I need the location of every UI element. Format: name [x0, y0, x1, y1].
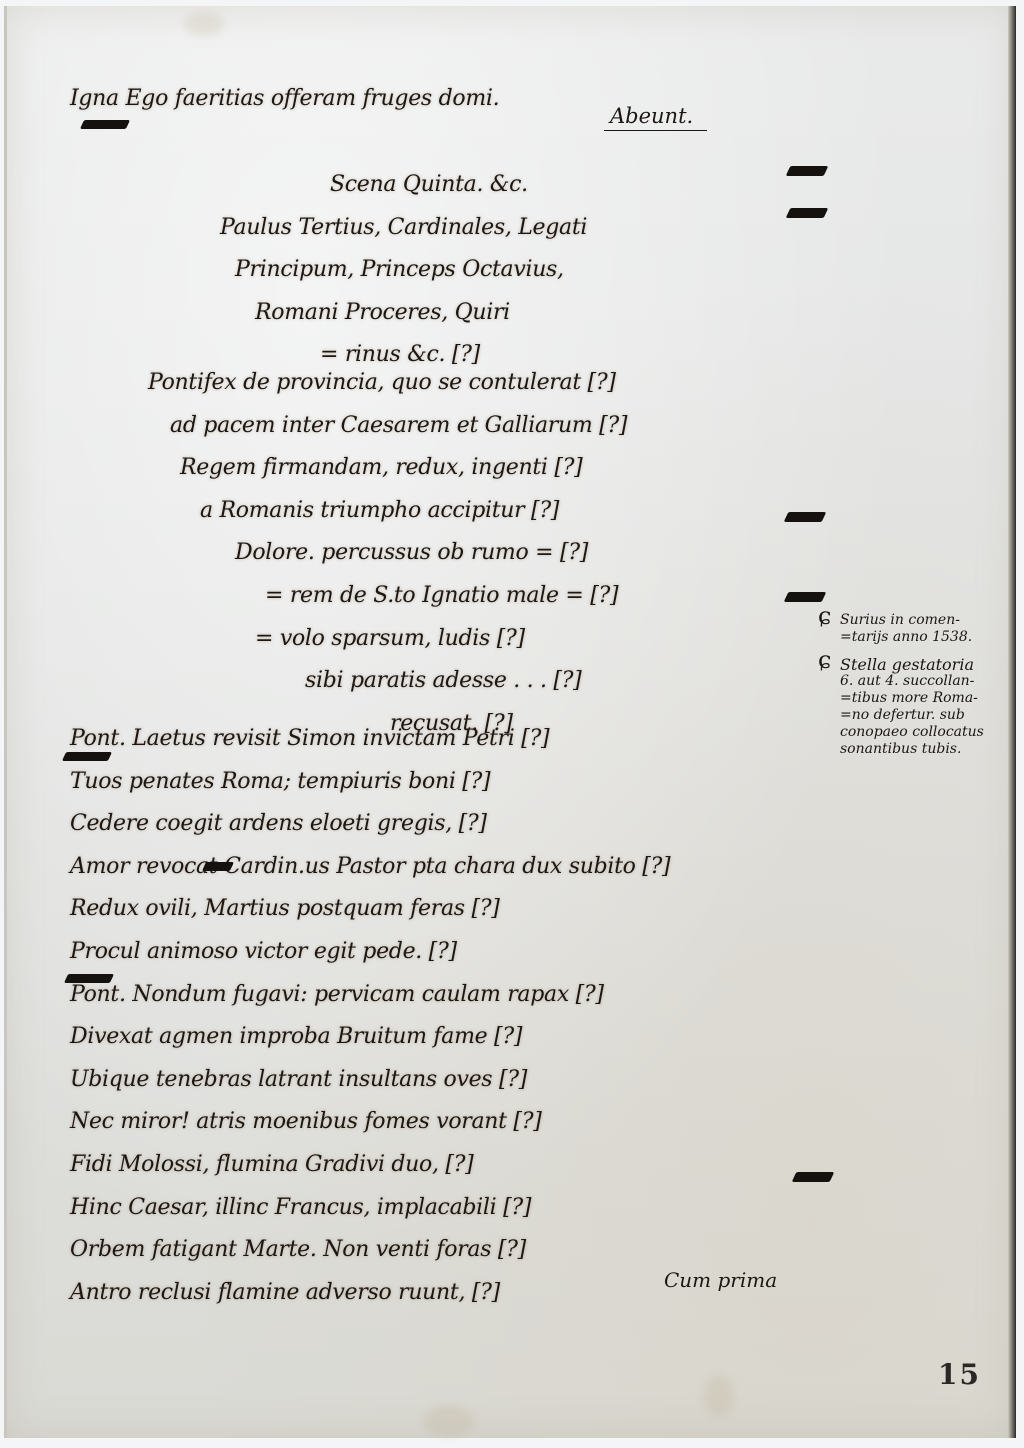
dialogue-line: Cedere coegit ardens eloeti gregis, [?] [64, 809, 834, 852]
dialogue-line: Pont. Laetus revisit Simon invictam Petr… [64, 724, 834, 767]
cast-line-text: Paulus Tertius, Cardinales, Legati [214, 213, 593, 242]
marginal-note-line: =no defertur. sub [840, 707, 1022, 724]
bleed-through-mark [784, 512, 827, 522]
dialogue-block: Pont. Laetus revisit Simon invictam Petr… [64, 724, 834, 1320]
dialogue-line: Amor revocat Cardin.us Pastor pta chara … [64, 852, 834, 895]
marginal-note-gloss: Stella gestatoria 6. aut 4. succollan- =… [840, 656, 1022, 758]
scene-title-text: Scena Quinta. &c. [324, 170, 534, 199]
foxing-stain [704, 1376, 734, 1416]
verse-text: Nec miror! atris moenibus fomes vorant [… [64, 1107, 547, 1136]
speaker-underline-mark [202, 862, 234, 871]
foxing-stain [424, 1406, 474, 1436]
verse-text: Procul animoso victor egit pede. [?] [64, 937, 463, 966]
speaker-underline-mark [80, 120, 130, 129]
speaker-label: Pont. [70, 982, 126, 1007]
stage-direction-text: sibi paratis adesse . . . [?] [299, 666, 587, 695]
marginal-note-line: =tarijs anno 1538. [840, 629, 1022, 646]
dialogue-line: Hinc Caesar, illinc Francus, implacabili… [64, 1193, 834, 1236]
stage-direction-line: ad pacem inter Caesarem et Galliarum [?] [64, 411, 834, 454]
foxing-stain [184, 12, 224, 36]
stage-direction-text: Regem firmandam, redux, ingenti [?] [174, 453, 588, 482]
bleed-through-mark [786, 208, 829, 218]
top-line: Igna Ego faeritias offeram fruges domi. [64, 84, 834, 127]
marginal-note-line: Stella gestatoria [840, 656, 1022, 673]
verse-text: Fidi Molossi, flumina Gradivi duo, [?] [64, 1150, 479, 1179]
cast-line: Principum, Princeps Octavius, [64, 255, 834, 298]
stage-direction-text: Dolore. percussus ob rumo = [?] [229, 538, 594, 567]
dialogue-line: Fidi Molossi, flumina Gradivi duo, [?] [64, 1150, 834, 1193]
marginal-note-citation: Surius in comen- =tarijs anno 1538. [840, 612, 1022, 646]
dialogue-line: Pont. Nondum fugavi: pervicam caulam rap… [64, 980, 834, 1023]
dialogue-line: Tuos penates Roma; tempiuris boni [?] [64, 767, 834, 810]
bleed-through-curl: ɕ [818, 602, 831, 630]
speaker-underline-mark [62, 752, 112, 761]
marginal-note-line: =tibus more Roma- [840, 690, 1022, 707]
stage-direction-line: Regem firmandam, redux, ingenti [?] [64, 453, 834, 496]
top-line-block: Igna Ego faeritias offeram fruges domi. [64, 84, 834, 127]
stage-direction-line: = volo sparsum, ludis [?] [64, 624, 834, 667]
dialogue-line: Nec miror! atris moenibus fomes vorant [… [64, 1107, 834, 1150]
marginal-note-line: Surius in comen- [840, 612, 1022, 629]
bleed-through-mark [792, 1172, 835, 1182]
stage-direction-text: ad pacem inter Caesarem et Galliarum [?] [164, 411, 633, 440]
verse-text: Laetus revisit Simon invictam Petri [?] [132, 726, 549, 751]
speaker-label: Pont. [70, 726, 126, 751]
stage-direction-line: Dolore. percussus ob rumo = [?] [64, 538, 834, 581]
cast-line-text: Romani Proceres, Quiri [249, 298, 516, 327]
stage-direction-line: = rem de S.to Ignatio male = [?] [64, 581, 834, 624]
scene-heading-block: Scena Quinta. &c. Paulus Tertius, Cardin… [64, 170, 834, 383]
marginal-note-line: 6. aut 4. succollan- [840, 673, 1022, 690]
scan-frame: Igna Ego faeritias offeram fruges domi. … [0, 0, 1024, 1448]
top-line-text: Igna Ego faeritias offeram fruges domi. [64, 84, 505, 113]
verse-text: Amor revocat Cardin.us Pastor pta chara … [64, 852, 676, 881]
stage-direction-line: Pontifex de provincia, quo se contulerat… [64, 368, 834, 411]
dialogue-line: Divexat agmen improba Bruitum fame [?] [64, 1022, 834, 1065]
catchword: Cum prima [664, 1268, 777, 1292]
marginal-note-line: sonantibus tubis. [840, 741, 1022, 758]
cast-line: Paulus Tertius, Cardinales, Legati [64, 213, 834, 256]
dialogue-line: Ubique tenebras latrant insultans oves [… [64, 1065, 834, 1108]
bleed-through-curl: ɕ [818, 646, 831, 674]
scene-title: Scena Quinta. &c. [64, 170, 834, 213]
page-edge-left [4, 6, 7, 1438]
cast-line-text: = rinus &c. [?] [314, 340, 486, 369]
dialogue-line-text: Pont. Laetus revisit Simon invictam Petr… [64, 724, 555, 753]
cast-line: Romani Proceres, Quiri [64, 298, 834, 341]
manuscript-page: Igna Ego faeritias offeram fruges domi. … [4, 6, 1016, 1438]
dialogue-line-text: Pont. Nondum fugavi: pervicam caulam rap… [64, 980, 610, 1009]
verse-text: Antro reclusi flamine adverso ruunt, [?] [64, 1278, 506, 1307]
marginal-note: Surius in comen- =tarijs anno 1538. Stel… [840, 612, 1022, 768]
verse-text: Orbem fatigant Marte. Non venti foras [?… [64, 1235, 532, 1264]
bleed-through-mark [784, 592, 827, 602]
verse-text: Tuos penates Roma; tempiuris boni [?] [64, 767, 496, 796]
stage-direction-block: Pontifex de provincia, quo se contulerat… [64, 368, 834, 739]
stage-direction-text: a Romanis triumpho accipitur [?] [194, 496, 565, 525]
stage-direction-text: Pontifex de provincia, quo se contulerat… [142, 368, 622, 397]
stage-direction-line: sibi paratis adesse . . . [?] [64, 666, 834, 709]
cast-line-text: Principum, Princeps Octavius, [229, 255, 570, 284]
bleed-through-mark [786, 166, 829, 176]
dialogue-line: Redux ovili, Martius postquam feras [?] [64, 894, 834, 937]
stage-direction-text: = volo sparsum, ludis [?] [249, 624, 531, 653]
verse-text: Ubique tenebras latrant insultans oves [… [64, 1065, 533, 1094]
dialogue-line: Procul animoso victor egit pede. [?] [64, 937, 834, 980]
stage-direction-abeunt: Abeunt. [604, 104, 707, 131]
stage-direction-text: = rem de S.to Ignatio male = [?] [259, 581, 624, 610]
verse-text: Divexat agmen improba Bruitum fame [?] [64, 1022, 528, 1051]
verse-text: Nondum fugavi: pervicam caulam rapax [?] [132, 982, 603, 1007]
marginal-note-line: conopaeo collocatus [840, 724, 1022, 741]
verse-text: Redux ovili, Martius postquam feras [?] [64, 894, 506, 923]
verse-text: Cedere coegit ardens eloeti gregis, [?] [64, 809, 493, 838]
speaker-underline-mark [64, 974, 114, 983]
verse-text: Hinc Caesar, illinc Francus, implacabili… [64, 1193, 537, 1222]
stage-direction-line: a Romanis triumpho accipitur [?] [64, 496, 834, 539]
page-number: 15 [938, 1358, 981, 1391]
